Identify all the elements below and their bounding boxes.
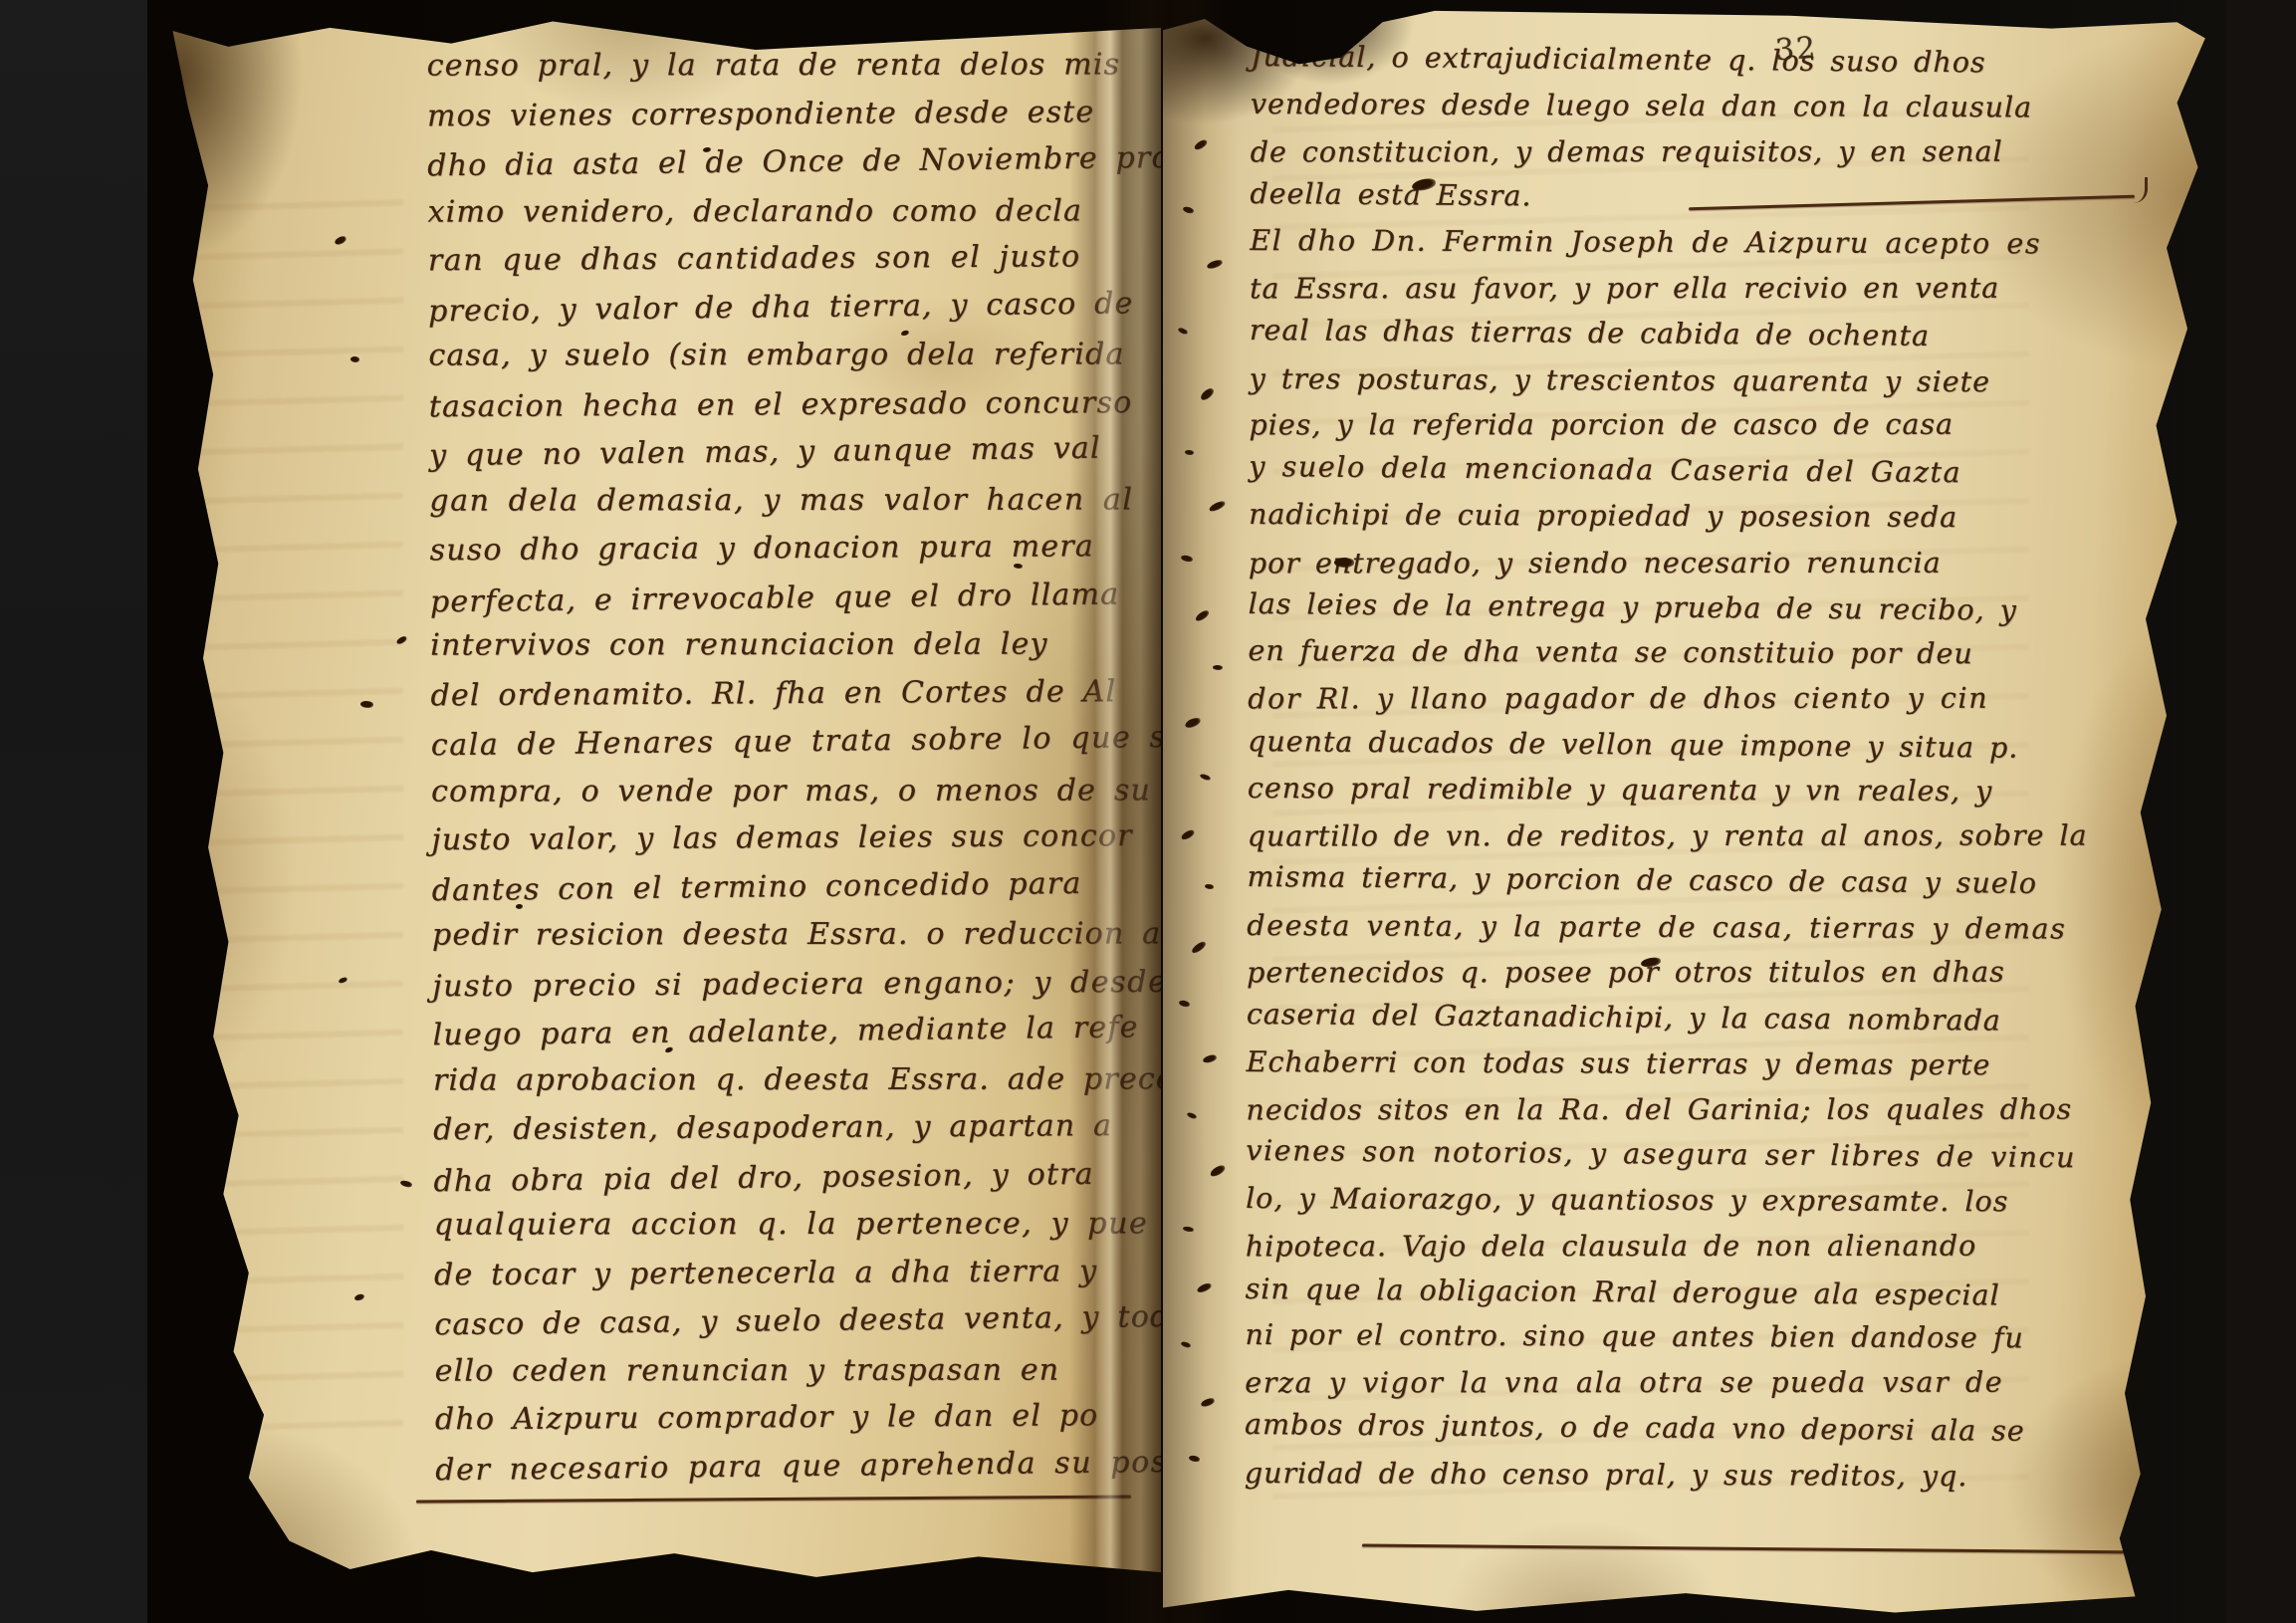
manuscript-line: cala de Henares que trata sobre lo que s… [431, 714, 1189, 771]
manuscript-line: ni por el contro. sino que antes bien da… [1245, 1312, 2171, 1362]
manuscript-line: de tocar y pertenecerla a dha tierra y [434, 1247, 1191, 1299]
manuscript-line: nadichipi de cuia propiedad y posesion s… [1249, 492, 2175, 542]
manuscript-line: casco de casa, y suelo deesta venta, y t… [434, 1293, 1192, 1350]
manuscript-line: pies, y la referida porcion de casco de … [1249, 402, 2175, 449]
manuscript-line: en fuerza de dha venta se constituio por… [1248, 628, 2174, 678]
right-page: 32 Judicial, o extrajudicialmente q. los… [1163, 6, 2208, 1619]
manuscript-line: ello ceden renuncian y traspasan en [435, 1346, 1192, 1396]
ink-rule-flourish [2145, 1507, 2162, 1533]
manuscript-line: por entregado, y siendo necesario renunc… [1249, 540, 2175, 586]
manuscript-line: El dho Dn. Fermin Joseph de Aizpuru acep… [1250, 218, 2176, 268]
manuscript-line: dha obra pia del dro, posesion, y otra [433, 1149, 1191, 1206]
manuscript-line: las leies de la entrega y prueba de su r… [1249, 581, 2175, 635]
manuscript-line: ta Essra. asu favor, y por ella recivio … [1250, 266, 2176, 313]
manuscript-line: de constitucion, y demas requisitos, y e… [1251, 128, 2177, 175]
manuscript-line: ambos dros juntos, o de cada vno deporsi… [1245, 1402, 2171, 1456]
manuscript-line: qualquiera accion q. la pertenece, y pue [434, 1200, 1191, 1250]
left-page: censo pral, y la rata de renta delos mis… [147, 12, 1161, 1588]
left-page-text: censo pral, y la rata de renta delos mis… [427, 40, 1193, 1494]
manuscript-line: casa, y suelo (sin embargo dela referida [428, 331, 1185, 380]
manuscript-line: deesta venta, y la parte de casa, tierra… [1247, 903, 2173, 953]
manuscript-line: rida aprobacion q. deesta Essra. ade pre… [433, 1055, 1190, 1105]
manuscript-line: perfecta, e irrevocable que el dro llama [430, 570, 1188, 626]
manuscript-line: ran que dhas cantidades son el justo [428, 233, 1185, 286]
manuscript-line: dho Aizpuru comprador y le dan el po [435, 1392, 1192, 1445]
manuscript-line: Echaberri con todas sus tierras y demas … [1247, 1039, 2173, 1088]
manuscript-line: Judicial, o extrajudicialmente q. los su… [1251, 34, 2177, 88]
ink-rule-bottom [1362, 1544, 2151, 1554]
manuscript-line: vienes son notorios, y asegura ser libre… [1246, 1128, 2172, 1182]
manuscript-line: der necesario para que aprehenda su pose… [435, 1438, 1193, 1495]
manuscript-line: compra, o vende por mas, o menos de su [431, 767, 1188, 816]
manuscript-line: real las dhas tierras de cabida de ochen… [1250, 308, 2176, 361]
manuscript-line: justo valor, y las demas leies sus conco… [431, 812, 1188, 865]
manuscript-line: y que no valen mas, y aunque mas val [429, 424, 1187, 481]
manuscript-line: vendedores desde luego sela dan con la c… [1251, 82, 2177, 131]
manuscript-line: pertenecidos q. posee por otros titulos … [1247, 950, 2173, 997]
manuscript-line: gan dela demasia, y mas valor hacen al [429, 476, 1186, 526]
manuscript-line: dho dia asta el de Once de Noviembre pro [427, 134, 1185, 191]
manuscript-line: dantes con el termino concedido para [431, 858, 1189, 915]
manuscript-line: censo pral, y la rata de renta delos mis [427, 41, 1184, 91]
manuscript-line: erza y vigor la vna ala otra se pueda vs… [1245, 1360, 2171, 1407]
manuscript-line: justo precio si padeciera engano; y desd… [432, 958, 1189, 1011]
right-page-text: Judicial, o extrajudicialmente q. los su… [1245, 36, 2177, 1500]
manuscript-line: pedir resicion deesta Essra. o reduccion… [432, 910, 1189, 960]
manuscript-line: tasacion hecha en el expresado concurso [429, 378, 1186, 431]
manuscript-line: necidos sitos en la Ra. del Garinia; los… [1246, 1087, 2172, 1134]
manuscript-line: der, desisten, desapoderan, y apartan a [433, 1102, 1190, 1155]
manuscript-line: hipoteca. Vajo dela clausula de non alie… [1246, 1223, 2172, 1270]
manuscript-line: y suelo dela mencionada Caseria del Gazt… [1249, 444, 2175, 498]
scan-edge-strip-left [0, 0, 147, 1623]
manuscript-line: y tres posturas, y trescientos quarenta … [1250, 356, 2176, 406]
manuscript-line: misma tierra, y porcion de casco de casa… [1247, 854, 2173, 908]
manuscript-line: dor Rl. y llano pagador de dhos ciento y… [1248, 676, 2174, 723]
scan-edge-strip-right [2226, 0, 2296, 1623]
bleed-through-ghost-text [189, 181, 403, 1456]
manuscript-line: mos vienes correspondiente desde este [427, 88, 1184, 140]
manuscript-line: quartillo de vn. de reditos, y renta al … [1248, 812, 2174, 859]
manuscript-line: intervivos con renunciacion dela ley [430, 620, 1187, 670]
manuscript-line: suso dho gracia y donacion pura mera [430, 523, 1187, 576]
manuscript-line: censo pral redimible y quarenta y vn rea… [1248, 766, 2174, 815]
manuscript-line: ximo venidero, declarando como decla [428, 187, 1185, 237]
manuscript-line: luego para en adelante, mediante la refe [432, 1004, 1190, 1060]
manuscript-line: guridad de dho censo pral, y sus reditos… [1245, 1451, 2171, 1501]
manuscript-line: del ordenamito. Rl. fha en Cortes de Al [430, 667, 1187, 720]
manuscript-line: lo, y Maiorazgo, y quantiosos y expresam… [1246, 1176, 2172, 1226]
manuscript-line: quenta ducados de vellon que impone y si… [1248, 719, 2174, 773]
manuscript-line: caseria del Gaztanadichipi, y la casa no… [1247, 992, 2173, 1045]
manuscript-scan: censo pral, y la rata de renta delos mis… [0, 0, 2296, 1623]
manuscript-line: precio, y valor de dha tierra, y casco d… [428, 279, 1186, 336]
manuscript-line: sin que la obligacion Rral derogue ala e… [1246, 1266, 2172, 1319]
ink-rule-left-bottom [416, 1495, 1131, 1503]
